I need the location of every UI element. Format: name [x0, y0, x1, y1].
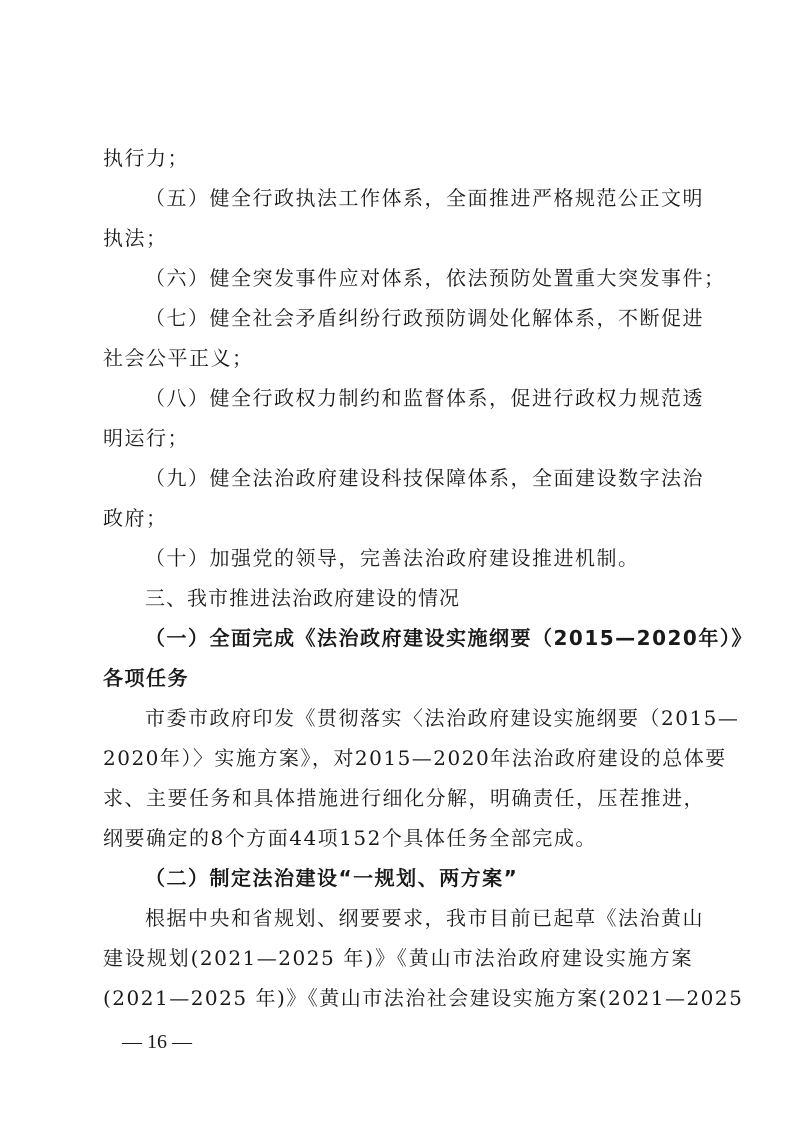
body-text-line: 政府； [103, 504, 693, 532]
body-text-line: 执行力； [103, 144, 693, 172]
subsection-heading-2: （二）制定法治建设“一规划、两方案” [145, 864, 693, 892]
document-page: 执行力； （五）健全行政执法工作体系，全面推进严格规范公正文明 执法； （六）健… [0, 0, 793, 1122]
list-item-7: （七）健全社会矛盾纠纷行政预防调处化解体系，不断促进 [145, 304, 693, 332]
subsection-heading-1-cont: 各项任务 [103, 664, 693, 692]
section-heading: 三、我市推进法治政府建设的情况 [145, 584, 693, 612]
paragraph-line: 求、主要任务和具体措施进行细化分解，明确责任，压茬推进， [103, 784, 693, 812]
list-item-10: （十）加强党的领导，完善法治政府建设推进机制。 [145, 544, 693, 572]
body-text-line: 执法； [103, 224, 693, 252]
page-number: — 16 — [122, 1028, 192, 1056]
paragraph-line: (2021—2025 年)》《黄山市法治社会建设实施方案(2021—2025 [103, 984, 693, 1012]
list-item-5: （五）健全行政执法工作体系，全面推进严格规范公正文明 [145, 184, 693, 212]
body-text-line: 社会公平正义； [103, 344, 693, 372]
subsection-heading-1: （一）全面完成《法治政府建设实施纲要（2015—2020年）》 [145, 624, 693, 652]
paragraph-line: 纲要确定的8个方面44项152个具体任务全部完成。 [103, 824, 693, 852]
paragraph-line: 根据中央和省规划、纲要要求，我市目前已起草《法治黄山 [145, 904, 693, 932]
list-item-9: （九）健全法治政府建设科技保障体系，全面建设数字法治 [145, 464, 693, 492]
paragraph-line: 建设规划(2021—2025 年)》《黄山市法治政府建设实施方案 [103, 944, 693, 972]
paragraph-line: 市委市政府印发《贯彻落实〈法治政府建设实施纲要（2015— [145, 704, 693, 732]
body-text-line: 明运行； [103, 424, 693, 452]
list-item-6: （六）健全突发事件应对体系，依法预防处置重大突发事件； [145, 264, 693, 292]
list-item-8: （八）健全行政权力制约和监督体系，促进行政权力规范透 [145, 384, 693, 412]
paragraph-line: 2020年）〉实施方案》，对2015—2020年法治政府建设的总体要 [103, 744, 693, 772]
